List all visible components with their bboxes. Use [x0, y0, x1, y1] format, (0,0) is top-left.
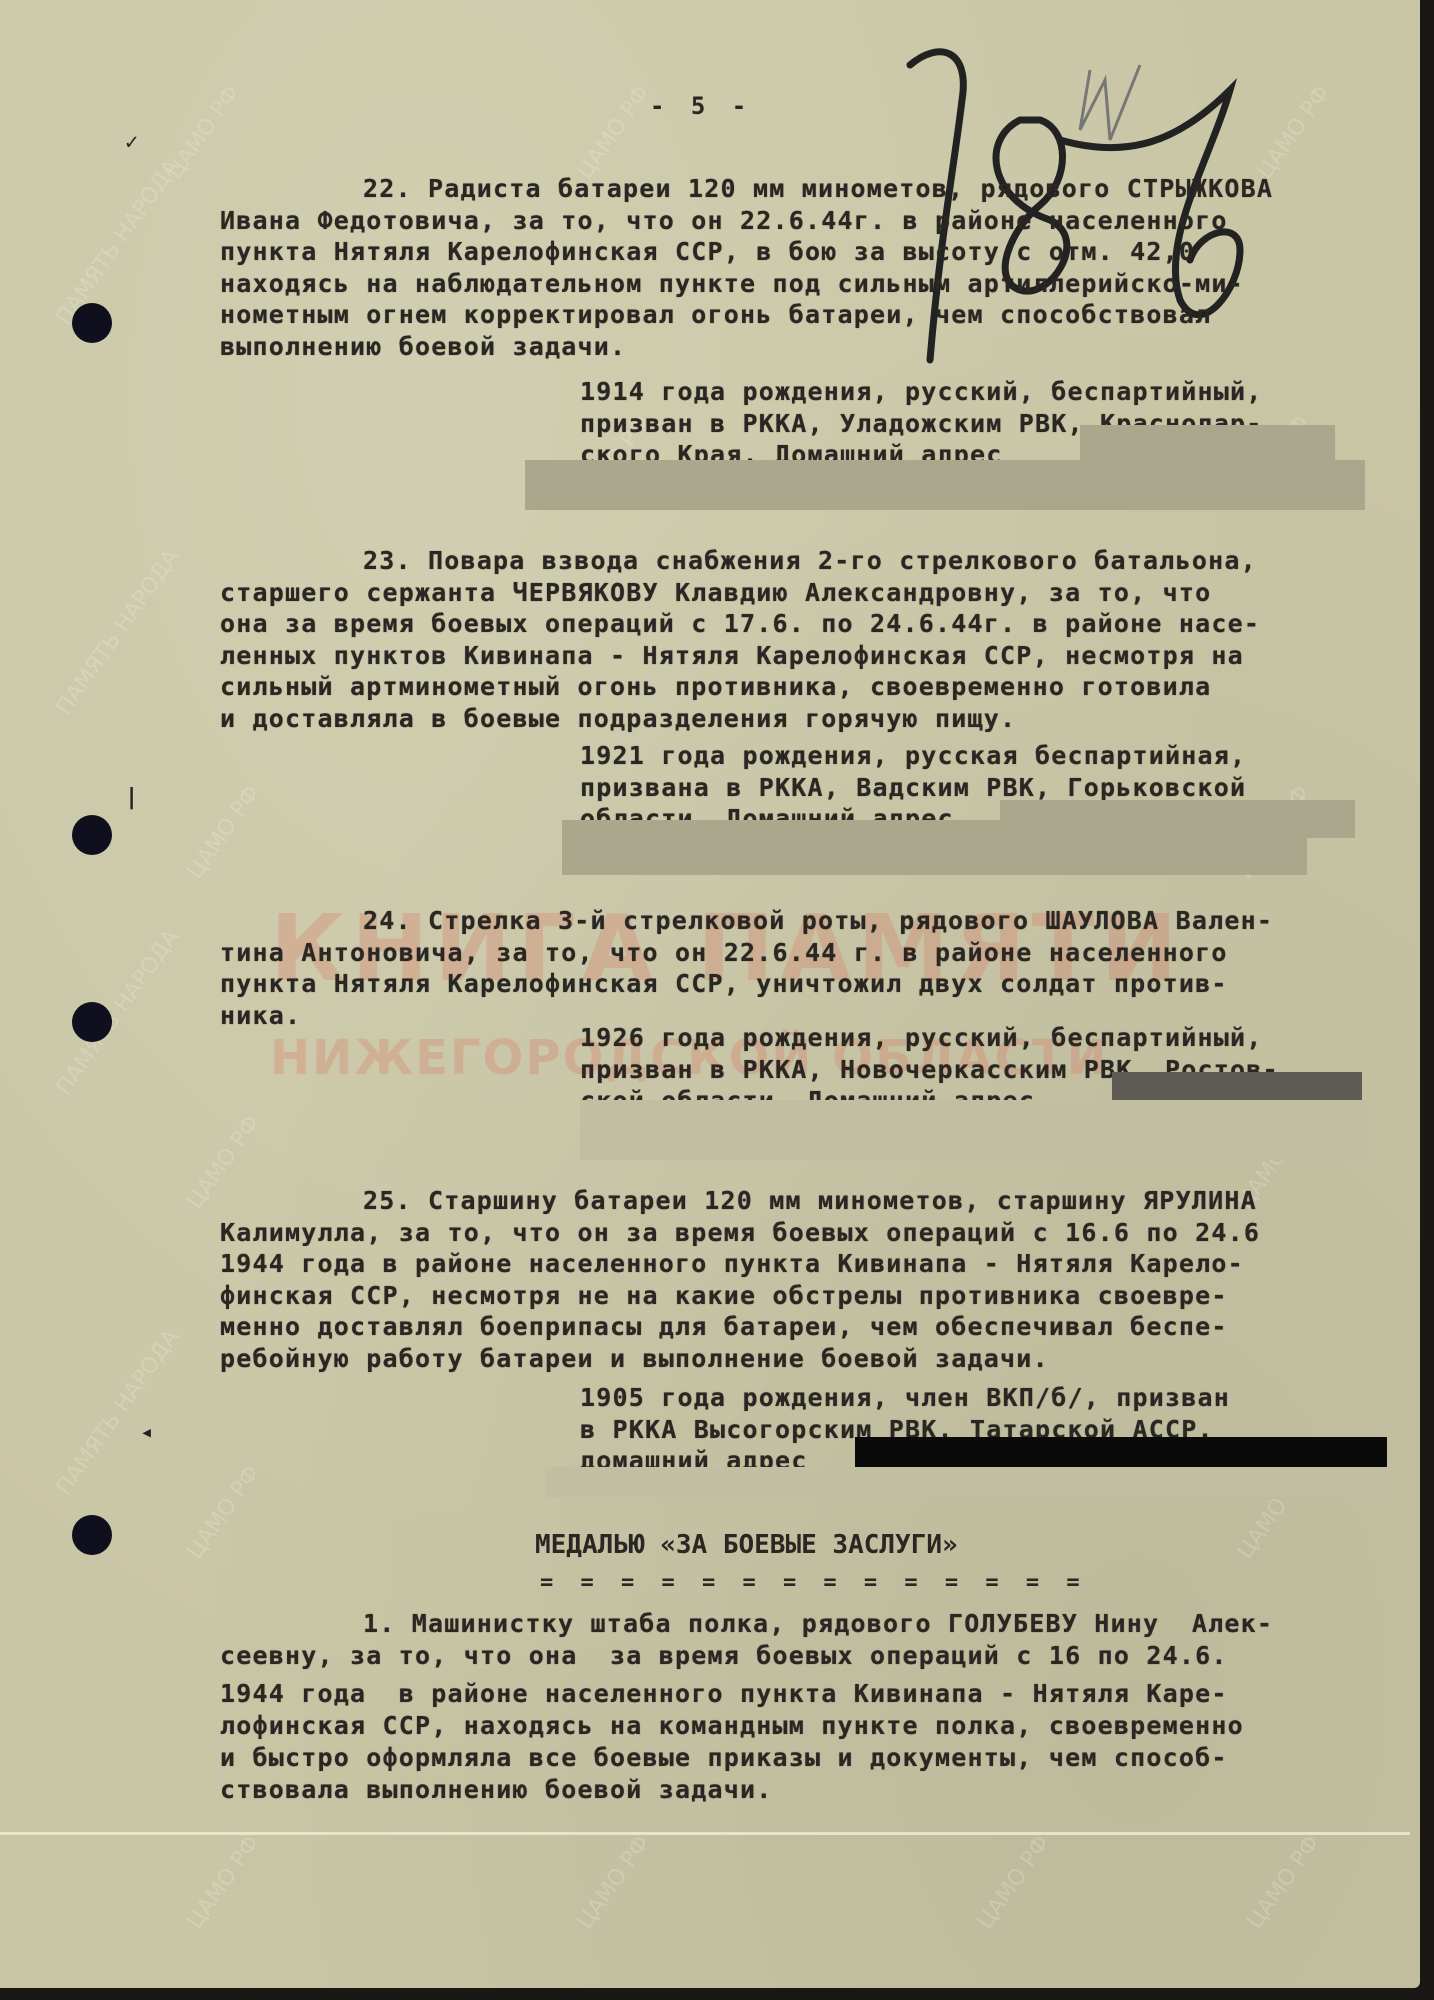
entry-25-text: 25. Старшину батареи 120 мм минометов, с… — [220, 1185, 1260, 1374]
redaction-block — [525, 460, 1365, 510]
watermark-archive: ЦАМО РФ — [183, 1831, 265, 1934]
punch-hole — [72, 303, 112, 343]
section-heading-underline: = = = = = = = = = = = = = = — [540, 1570, 1087, 1595]
punch-hole — [72, 815, 112, 855]
entry-24-text: 24. Стрелка 3-й стрелковой роты, рядовог… — [220, 905, 1273, 1031]
punch-hole — [72, 1515, 112, 1555]
redaction-block — [1112, 1072, 1362, 1102]
watermark-archive: ЦАМО РФ — [1243, 1831, 1325, 1934]
paper-fold — [0, 1832, 1410, 1835]
entry-23-text: 23. Повара взвода снабжения 2-го стрелко… — [220, 545, 1260, 734]
redaction-block — [545, 1467, 1390, 1497]
document-page: ЦАМО РФ ЦАМО РФ ЦАМО РФ ПАМЯТЬ НАРОДА ЦА… — [0, 0, 1420, 1988]
redaction-block — [580, 1100, 1373, 1160]
redaction-block — [855, 1437, 1387, 1467]
edge-mark: | — [125, 785, 138, 810]
watermark-archive: ЦАМО РФ — [183, 1461, 265, 1564]
medal-entry-1-text: 1. Машинистку штаба полка, рядового ГОЛУ… — [220, 1608, 1273, 1806]
watermark-archive: ЦАМО РФ — [573, 81, 655, 184]
watermark-memory: ПАМЯТЬ НАРОДА — [52, 925, 185, 1100]
edge-tear-mark: ✓ — [125, 130, 138, 155]
page-number: - 5 - — [650, 92, 752, 120]
punch-hole — [72, 1002, 112, 1042]
handwritten-number-text: 785 — [900, 40, 902, 41]
entry-22-text: 22. Радиста батареи 120 мм минометов, ря… — [220, 173, 1273, 362]
redaction-block — [1080, 425, 1335, 460]
watermark-memory: ПАМЯТЬ НАРОДА — [52, 1325, 185, 1500]
watermark-archive: ЦАМО РФ — [973, 1831, 1055, 1934]
watermark-memory: ПАМЯТЬ НАРОДА — [52, 155, 185, 330]
watermark-memory: ПАМЯТЬ НАРОДА — [52, 545, 185, 720]
edge-tear-mark: ◂ — [140, 1420, 153, 1445]
watermark-archive: ЦАМО РФ — [573, 1831, 655, 1934]
watermark-archive: ЦАМО РФ — [183, 781, 265, 884]
redaction-block — [562, 820, 1307, 875]
section-heading: МЕДАЛЬЮ «ЗА БОЕВЫЕ ЗАСЛУГИ» — [535, 1530, 958, 1560]
